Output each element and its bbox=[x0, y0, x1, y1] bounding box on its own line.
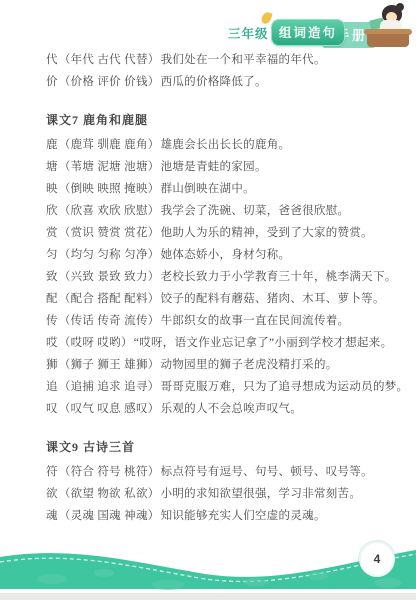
example-sentence: 动物园里的狮子老虎没精打采的。 bbox=[161, 359, 338, 371]
vocab-line: 魂（灵魂 国魂 神魂）知识能够充实人们空虚的灵魂。 bbox=[46, 510, 394, 522]
example-sentence: 小明的求知欲望很强，学习非常刻苦。 bbox=[161, 488, 362, 500]
vocab-line: 欲（欲望 物欲 私欲）小明的求知欲望很强，学习非常刻苦。 bbox=[46, 488, 394, 500]
head-character: 代 bbox=[46, 54, 58, 66]
word-list: （欣喜 欢欣 欣慰） bbox=[59, 205, 160, 217]
example-sentence: 群山倒映在湖中。 bbox=[161, 183, 255, 195]
word-list: （狮子 狮王 雄狮） bbox=[59, 359, 160, 371]
word-list: （均匀 匀称 匀净） bbox=[59, 249, 160, 261]
head-character: 魂 bbox=[46, 510, 58, 522]
example-sentence: 哥哥克服万难，只为了追寻想成为运动员的梦。 bbox=[161, 381, 409, 393]
word-list: （倒映 映照 掩映） bbox=[59, 183, 160, 195]
word-list: （价格 评价 价钱） bbox=[59, 76, 160, 88]
section: 课文9 古诗三首符（符合 符号 桃符）标点符号有逗号、句号、顿号、叹号等。欲（欲… bbox=[46, 441, 394, 522]
vocab-line: 塘（苇塘 泥塘 池塘）池塘是青蛙的家园。 bbox=[46, 161, 394, 173]
vocab-line: 符（符合 符号 桃符）标点符号有逗号、句号、顿号、叹号等。 bbox=[46, 466, 394, 478]
page-number: 4 bbox=[374, 552, 381, 566]
example-sentence: 牛郎织女的故事一直在民间流传着。 bbox=[161, 315, 350, 327]
book-page: 三年级 组词造句 手册 代（年代 古代 代替）我们处在一个和平幸福的年代。价（价… bbox=[0, 0, 416, 600]
head-character: 欣 bbox=[46, 205, 58, 217]
word-list: （哎呀 哎哟） bbox=[59, 337, 133, 349]
word-list: （鹿茸 驯鹿 鹿角） bbox=[59, 139, 160, 151]
head-character: 价 bbox=[46, 76, 58, 88]
head-character: 配 bbox=[46, 293, 58, 305]
series-badge: 组词造句 bbox=[271, 19, 345, 46]
word-list: （年代 古代 代替） bbox=[59, 54, 160, 66]
example-sentence: 我们处在一个和平幸福的年代。 bbox=[161, 54, 326, 66]
grade-label: 三年级 bbox=[228, 24, 269, 42]
example-sentence: “哎呀，语文作业忘记拿了”小丽到学校才想起来。 bbox=[134, 337, 393, 349]
example-sentence: 他助人为乐的精神，受到了大家的赞赏。 bbox=[161, 227, 373, 239]
page-bottom-edge bbox=[0, 593, 416, 600]
section-heading: 课文9 古诗三首 bbox=[46, 441, 394, 453]
example-sentence: 老校长致力于小学教育三十年，桃李满天下。 bbox=[161, 271, 397, 283]
page-number-badge: 4 bbox=[359, 541, 395, 577]
example-sentence: 饺子的配料有蘑菇、猪肉、木耳、萝卜等。 bbox=[161, 293, 385, 305]
head-character: 传 bbox=[46, 315, 58, 327]
vocab-line: 映（倒映 映照 掩映）群山倒映在湖中。 bbox=[46, 183, 394, 195]
desk-body bbox=[367, 34, 409, 47]
section: 课文7 鹿角和鹿腿鹿（鹿茸 驯鹿 鹿角）雄鹿会长出长长的鹿角。塘（苇塘 泥塘 池… bbox=[46, 114, 394, 415]
footer-wave-decoration bbox=[0, 531, 416, 593]
student-hair-bun bbox=[396, 3, 404, 11]
example-sentence: 池塘是青蛙的家园。 bbox=[161, 161, 267, 173]
head-character: 哎 bbox=[46, 337, 58, 349]
head-character: 叹 bbox=[46, 403, 58, 415]
word-list: （配合 搭配 配料） bbox=[59, 293, 160, 305]
word-list: （苇塘 泥塘 池塘） bbox=[59, 161, 160, 173]
head-character: 欲 bbox=[46, 488, 58, 500]
example-sentence: 我学会了洗碗、切菜，爸爸很欣慰。 bbox=[161, 205, 350, 217]
head-character: 匀 bbox=[46, 249, 58, 261]
example-sentence: 她体态娇小，身材匀称。 bbox=[161, 249, 291, 261]
page-header: 三年级 组词造句 手册 bbox=[0, 0, 416, 52]
vocab-line: 致（兴致 景致 致力）老校长致力于小学教育三十年，桃李满天下。 bbox=[46, 271, 394, 283]
section-heading: 课文7 鹿角和鹿腿 bbox=[46, 114, 394, 126]
word-list: （叹气 叹息 感叹） bbox=[59, 403, 160, 415]
example-sentence: 西瓜的价格降低了。 bbox=[161, 76, 267, 88]
word-list: （追捕 追求 追寻） bbox=[59, 381, 160, 393]
student-at-desk-illustration bbox=[362, 5, 414, 49]
example-sentence: 乐观的人不会总唉声叹气。 bbox=[161, 403, 303, 415]
head-character: 符 bbox=[46, 466, 58, 478]
vocab-line: 狮（狮子 狮王 雄狮）动物园里的狮子老虎没精打采的。 bbox=[46, 359, 394, 371]
vocab-line: 追（追捕 追求 追寻）哥哥克服万难，只为了追寻想成为运动员的梦。 bbox=[46, 381, 394, 393]
vocab-line: 配（配合 搭配 配料）饺子的配料有蘑菇、猪肉、木耳、萝卜等。 bbox=[46, 293, 394, 305]
vocab-line: 传（传话 传奇 流传）牛郎织女的故事一直在民间流传着。 bbox=[46, 315, 394, 327]
example-sentence: 标点符号有逗号、句号、顿号、叹号等。 bbox=[161, 466, 373, 478]
vocab-line: 哎（哎呀 哎哟）“哎呀，语文作业忘记拿了”小丽到学校才想起来。 bbox=[46, 337, 394, 349]
head-character: 鹿 bbox=[46, 139, 58, 151]
head-character: 追 bbox=[46, 381, 58, 393]
word-list: （传话 传奇 流传） bbox=[59, 315, 160, 327]
vocab-line: 代（年代 古代 代替）我们处在一个和平幸福的年代。 bbox=[46, 54, 394, 66]
word-list: （欲望 物欲 私欲） bbox=[59, 488, 160, 500]
vocab-line: 鹿（鹿茸 驯鹿 鹿角）雄鹿会长出长长的鹿角。 bbox=[46, 139, 394, 151]
vocab-line: 叹（叹气 叹息 感叹）乐观的人不会总唉声叹气。 bbox=[46, 403, 394, 415]
section: 代（年代 古代 代替）我们处在一个和平幸福的年代。价（价格 评价 价钱）西瓜的价… bbox=[46, 54, 394, 88]
word-list: （符合 符号 桃符） bbox=[59, 466, 160, 478]
vocab-line: 欣（欣喜 欢欣 欣慰）我学会了洗碗、切菜，爸爸很欣慰。 bbox=[46, 205, 394, 217]
example-sentence: 知识能够充实人们空虚的灵魂。 bbox=[161, 510, 326, 522]
head-character: 映 bbox=[46, 183, 58, 195]
head-character: 狮 bbox=[46, 359, 58, 371]
word-list: （赏识 赞赏 赏花） bbox=[59, 227, 160, 239]
vocab-line: 赏（赏识 赞赏 赏花）他助人为乐的精神，受到了大家的赞赏。 bbox=[46, 227, 394, 239]
vocab-line: 匀（均匀 匀称 匀净）她体态娇小，身材匀称。 bbox=[46, 249, 394, 261]
word-list: （兴致 景致 致力） bbox=[59, 271, 160, 283]
vocab-line: 价（价格 评价 价钱）西瓜的价格降低了。 bbox=[46, 76, 394, 88]
word-list: （灵魂 国魂 神魂） bbox=[59, 510, 160, 522]
example-sentence: 雄鹿会长出长长的鹿角。 bbox=[161, 139, 291, 151]
head-character: 赏 bbox=[46, 227, 58, 239]
head-character: 致 bbox=[46, 271, 58, 283]
content: 代（年代 古代 代替）我们处在一个和平幸福的年代。价（价格 评价 价钱）西瓜的价… bbox=[46, 54, 394, 532]
head-character: 塘 bbox=[46, 161, 58, 173]
